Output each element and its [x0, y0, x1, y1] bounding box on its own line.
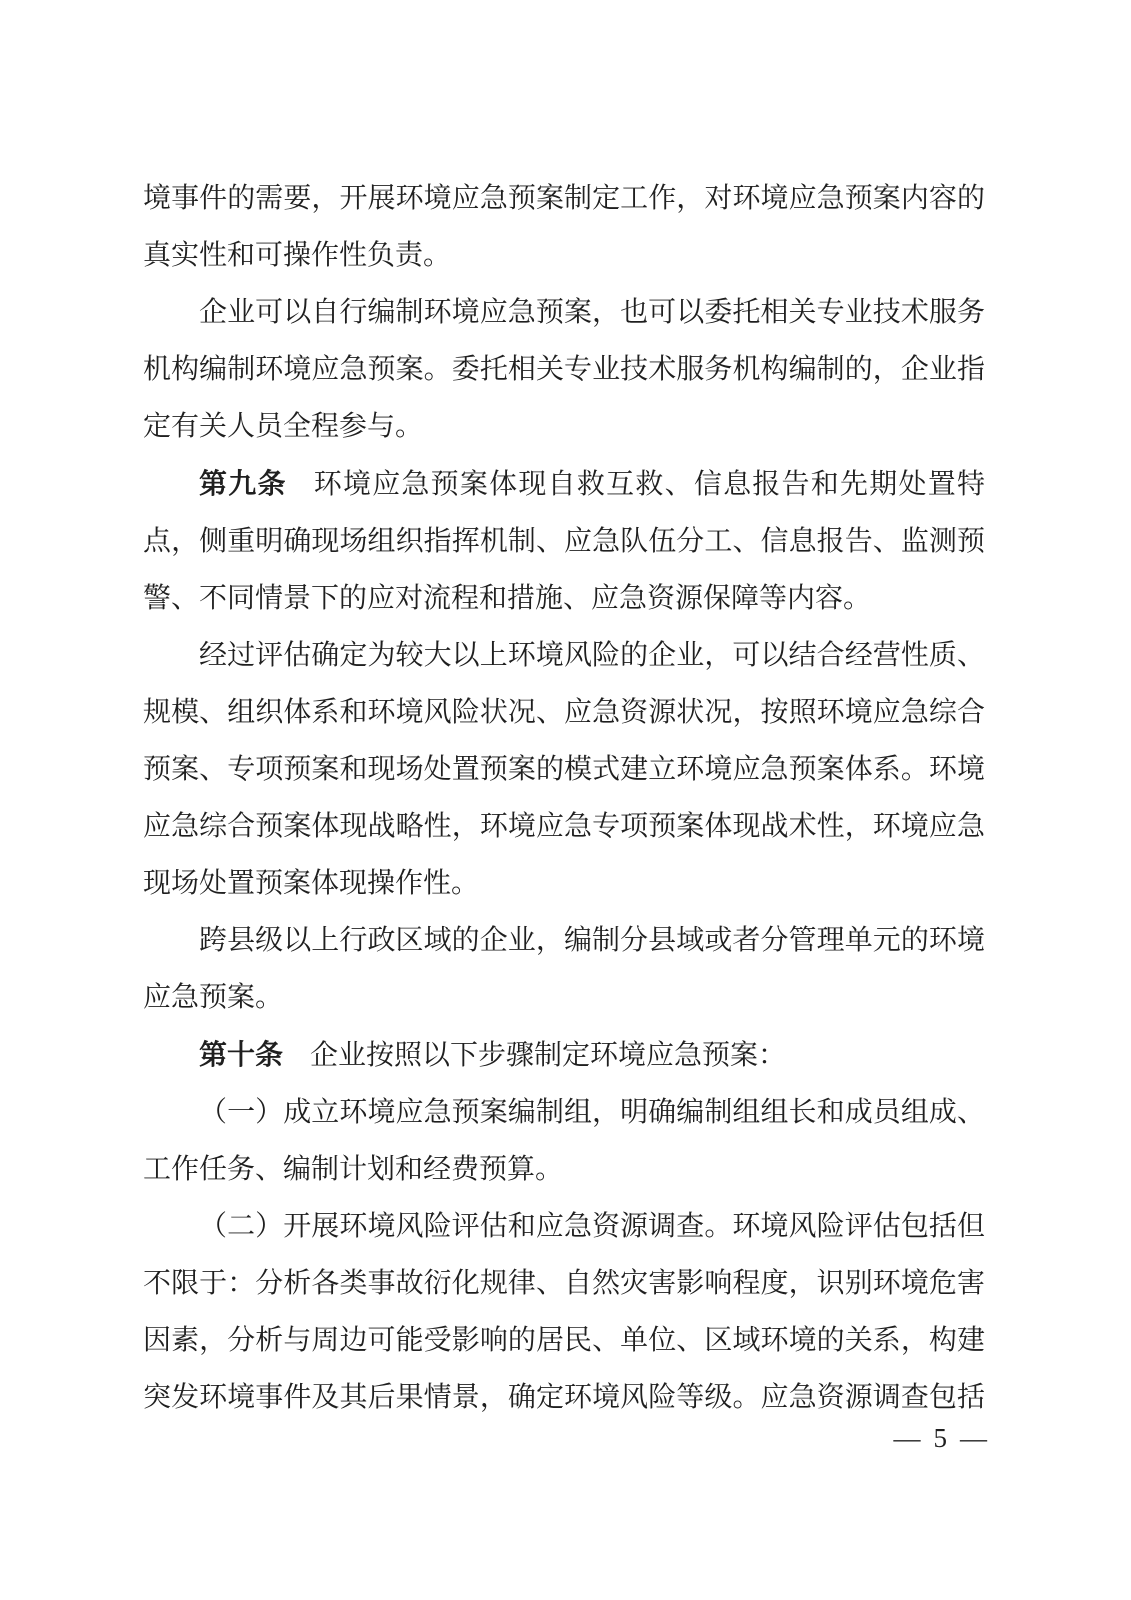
line-text: 跨县级以上行政区域的企业，编制分县域或者分管理单元的环境	[199, 925, 985, 956]
text-line: 第九条环境应急预案体现自救互救、信息报告和先期处置特	[143, 455, 985, 512]
article-nine-label: 第九条	[199, 468, 287, 499]
text-line: 预案、专项预案和现场处置预案的模式建立环境应急预案体系。环境	[143, 741, 985, 798]
line-text: 现场处置预案体现操作性。	[143, 868, 479, 899]
line-text: （一）成立环境应急预案编制组，明确编制组组长和成员组成、	[199, 1097, 985, 1128]
text-line: 境事件的需要，开展环境应急预案制定工作，对环境应急预案内容的	[143, 170, 985, 227]
line-text: 点，侧重明确现场组织指挥机制、应急队伍分工、信息报告、监测预	[143, 526, 985, 557]
text-line: 真实性和可操作性负责。	[143, 227, 985, 284]
line-text: （二）开展环境风险评估和应急资源调查。环境风险评估包括但	[199, 1211, 985, 1242]
footer-dash-right: —	[960, 1423, 987, 1453]
text-line: 定有关人员全程参与。	[143, 398, 985, 455]
article-ten-label: 第十条	[199, 1039, 283, 1070]
text-line: 工作任务、编制计划和经费预算。	[143, 1141, 985, 1198]
page-number: 5	[934, 1423, 948, 1453]
text-line: （一）成立环境应急预案编制组，明确编制组组长和成员组成、	[143, 1084, 985, 1141]
text-line: 跨县级以上行政区域的企业，编制分县域或者分管理单元的环境	[143, 912, 985, 969]
text-line: 警、不同情景下的应对流程和措施、应急资源保障等内容。	[143, 570, 985, 627]
text-line: 应急综合预案体现战略性，环境应急专项预案体现战术性，环境应急	[143, 798, 985, 855]
line-text: 环境应急预案体现自救互救、信息报告和先期处置特	[314, 469, 985, 500]
line-text: 应急综合预案体现战略性，环境应急专项预案体现战术性，环境应急	[143, 811, 985, 842]
line-text: 经过评估确定为较大以上环境风险的企业，可以结合经营性质、	[199, 640, 985, 671]
document-body-text: 境事件的需要，开展环境应急预案制定工作，对环境应急预案内容的 真实性和可操作性负…	[143, 170, 985, 1426]
line-text: 真实性和可操作性负责。	[143, 240, 451, 271]
text-line: 点，侧重明确现场组织指挥机制、应急队伍分工、信息报告、监测预	[143, 513, 985, 570]
text-line: 应急预案。	[143, 969, 985, 1026]
line-text: 因素，分析与周边可能受影响的居民、单位、区域环境的关系，构建	[143, 1325, 985, 1356]
text-line: 现场处置预案体现操作性。	[143, 855, 985, 912]
text-line: 企业可以自行编制环境应急预案，也可以委托相关专业技术服务	[143, 284, 985, 341]
line-text: 预案、专项预案和现场处置预案的模式建立环境应急预案体系。环境	[143, 754, 985, 785]
text-line: 机构编制环境应急预案。委托相关专业技术服务机构编制的，企业指	[143, 341, 985, 398]
line-text: 工作任务、编制计划和经费预算。	[143, 1154, 563, 1185]
line-text: 应急预案。	[143, 982, 283, 1013]
line-text: 警、不同情景下的应对流程和措施、应急资源保障等内容。	[143, 583, 871, 614]
line-text: 定有关人员全程参与。	[143, 411, 423, 442]
text-line: 因素，分析与周边可能受影响的居民、单位、区域环境的关系，构建	[143, 1312, 985, 1369]
document-page: 境事件的需要，开展环境应急预案制定工作，对环境应急预案内容的 真实性和可操作性负…	[0, 0, 1131, 1600]
text-line: 经过评估确定为较大以上环境风险的企业，可以结合经营性质、	[143, 627, 985, 684]
text-line: 规模、组织体系和环境风险状况、应急资源状况，按照环境应急综合	[143, 684, 985, 741]
line-text: 机构编制环境应急预案。委托相关专业技术服务机构编制的，企业指	[143, 354, 985, 385]
line-text: 规模、组织体系和环境风险状况、应急资源状况，按照环境应急综合	[143, 697, 985, 728]
line-text: 不限于：分析各类事故衍化规律、自然灾害影响程度，识别环境危害	[143, 1268, 985, 1299]
line-text: 突发环境事件及其后果情景，确定环境风险等级。应急资源调查包括	[143, 1382, 985, 1413]
text-line: 第十条企业按照以下步骤制定环境应急预案：	[143, 1026, 985, 1083]
line-text: 企业可以自行编制环境应急预案，也可以委托相关专业技术服务	[199, 297, 985, 328]
footer-dash-left: —	[894, 1423, 921, 1453]
page-footer: —5—	[894, 1421, 988, 1455]
text-line: 突发环境事件及其后果情景，确定环境风险等级。应急资源调查包括	[143, 1369, 985, 1426]
line-text: 企业按照以下步骤制定环境应急预案：	[310, 1040, 786, 1071]
line-text: 境事件的需要，开展环境应急预案制定工作，对环境应急预案内容的	[143, 183, 985, 214]
text-line: （二）开展环境风险评估和应急资源调查。环境风险评估包括但	[143, 1198, 985, 1255]
text-line: 不限于：分析各类事故衍化规律、自然灾害影响程度，识别环境危害	[143, 1255, 985, 1312]
